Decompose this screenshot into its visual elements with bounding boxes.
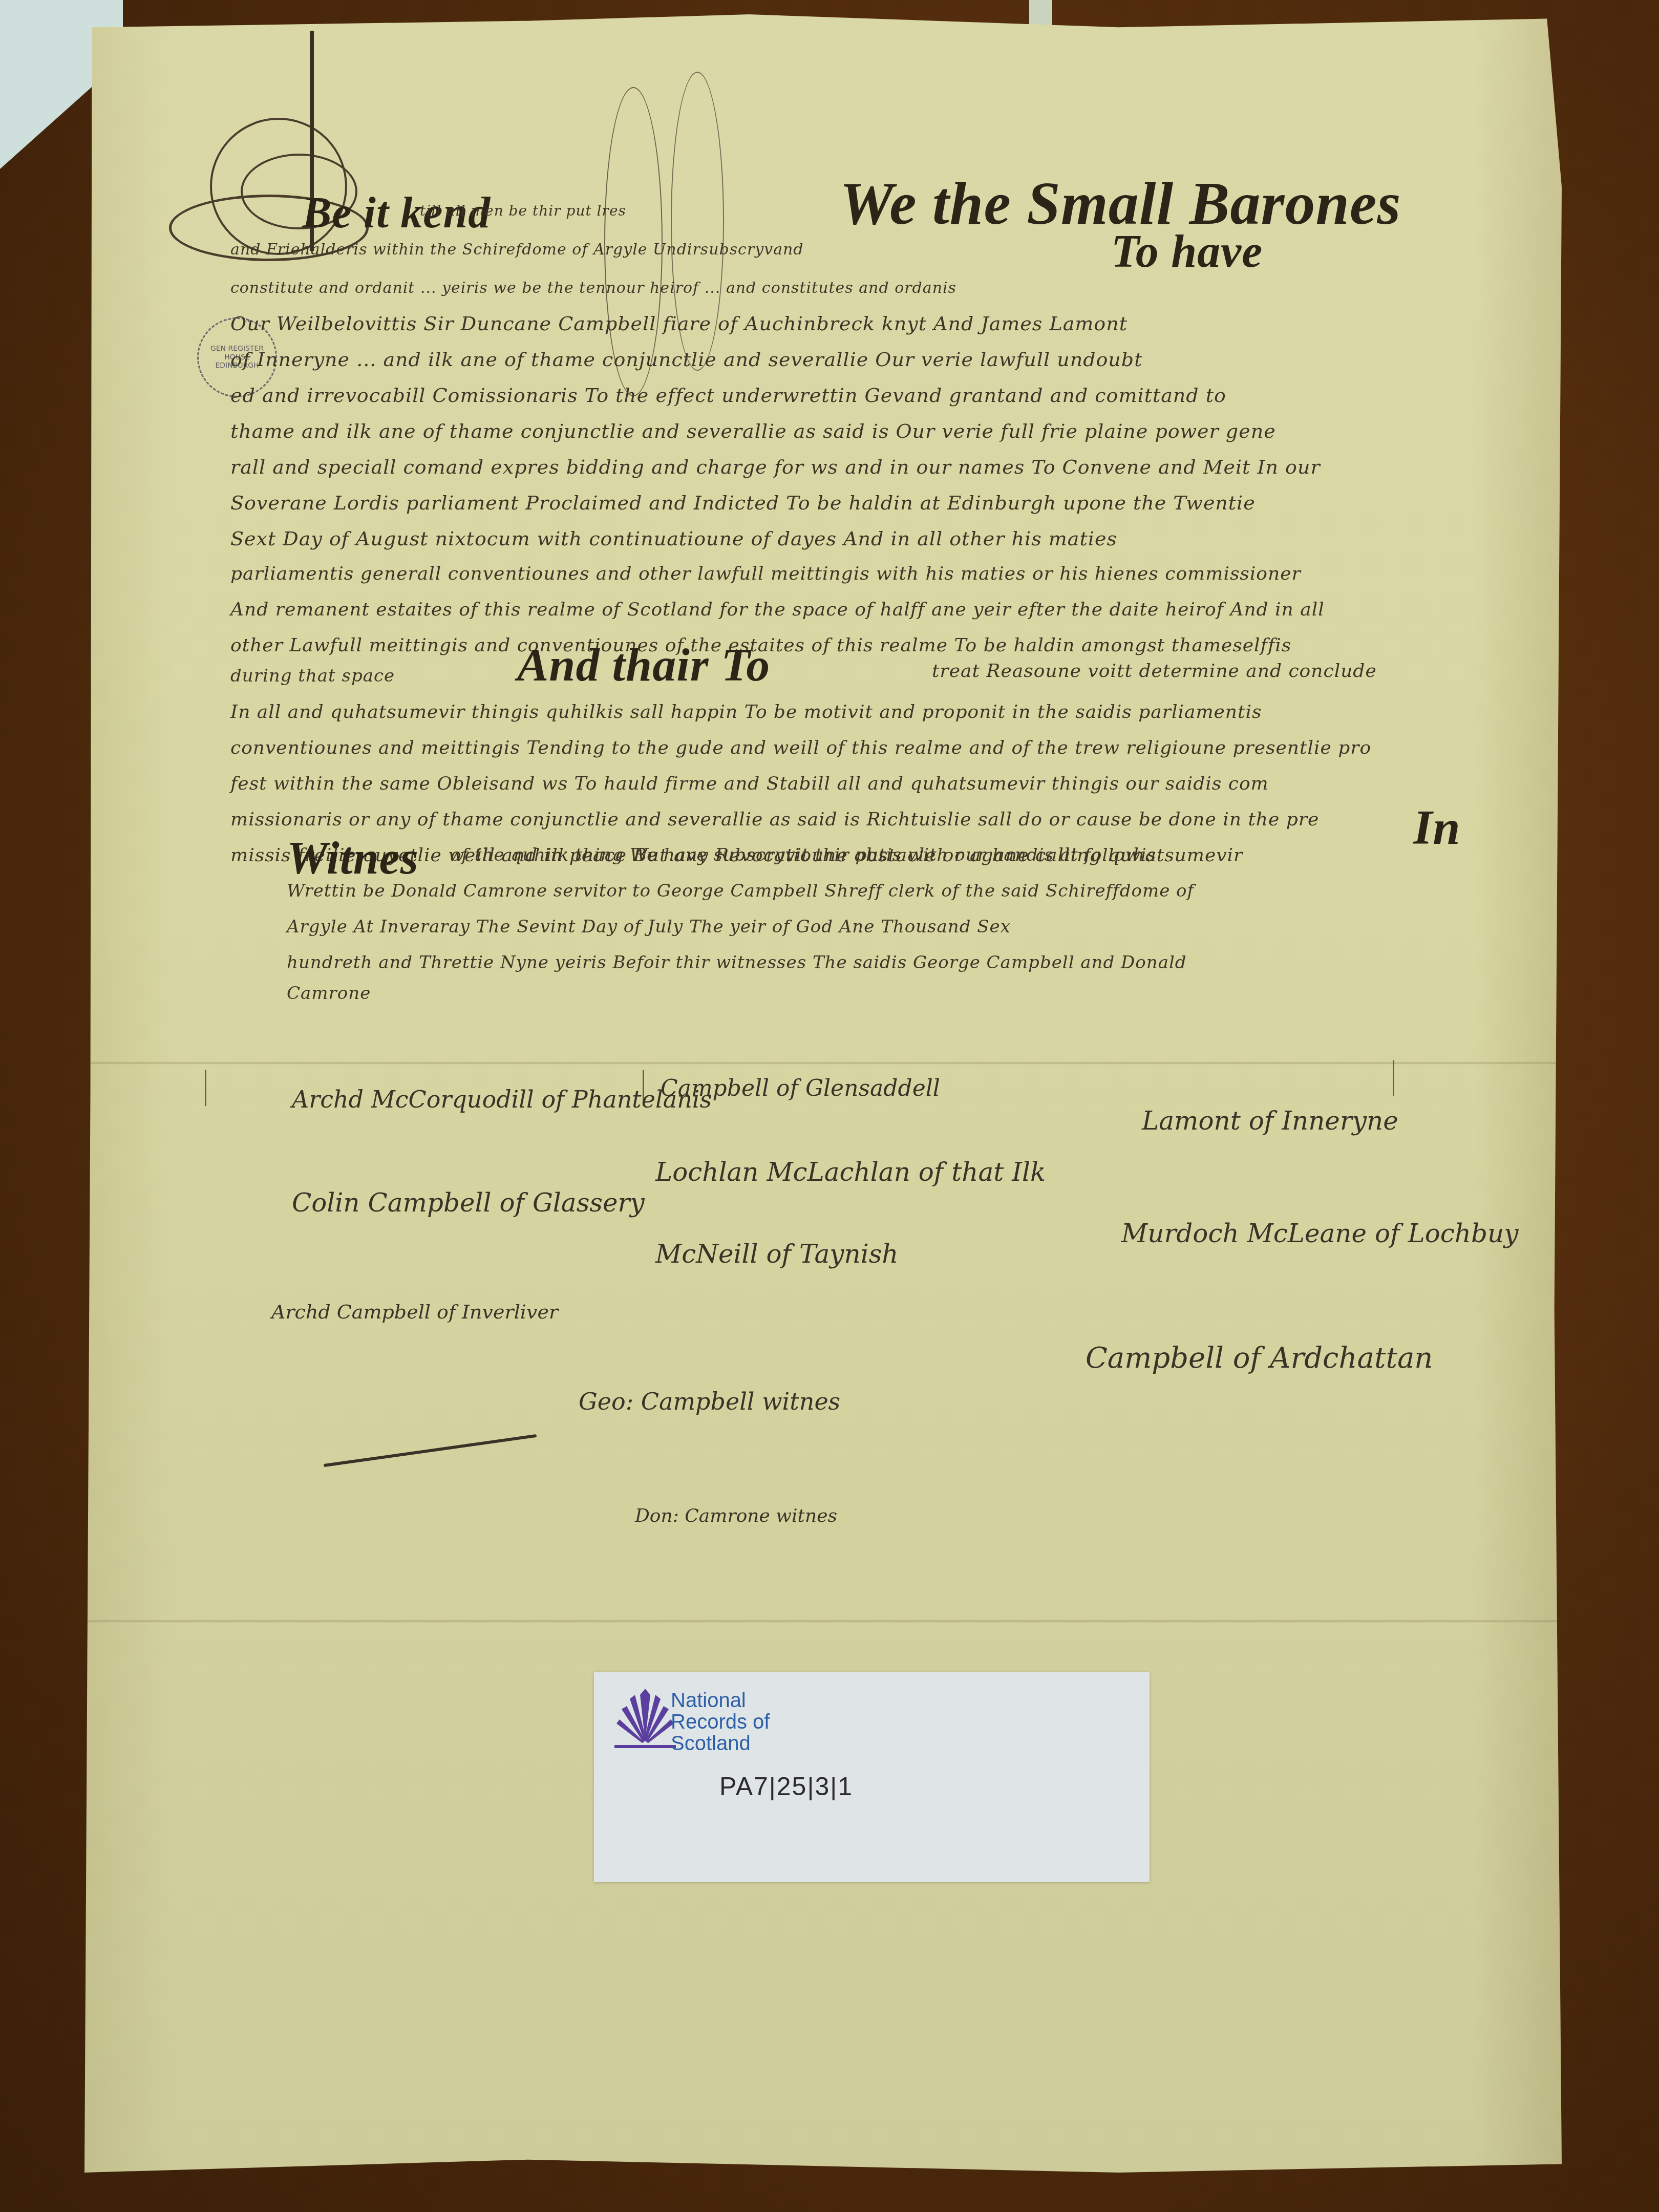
text-line: of the quhilk thing We have subscryvit t… [451, 845, 1156, 865]
archive-label: National Records of Scotland PA7|25|3|1 [594, 1672, 1150, 1882]
signature: Campbell of Ardchattan [1086, 1342, 1433, 1375]
text-line: treat Reasoune voitt determine and concl… [932, 661, 1377, 682]
signature-witness: Don: Camrone witnes [635, 1505, 837, 1526]
text-line: conventiounes and meittingis Tending to … [230, 737, 1371, 758]
nrs-name: National Records of Scotland [671, 1690, 770, 1754]
text-line: Argyle At Inveraray The Sevint Day of Ju… [287, 917, 1011, 937]
display-word-witnes: Witnes [287, 832, 419, 885]
text-line: In all and quhatsumevir thingis quhilkis… [230, 701, 1262, 722]
text-line: Our Weilbelovittis Sir Duncane Campbell … [230, 312, 1128, 335]
signature: Colin Campbell of Glassery [292, 1188, 645, 1218]
text-line: constitute and ordanit ... yeiris we be … [230, 279, 956, 297]
text-line: ed and irrevocabill Comissionaris To the… [230, 384, 1226, 407]
seal-tag-slit [1393, 1060, 1394, 1096]
text-line: hundreth and Threttie Nyne yeiris Befoir… [287, 952, 1187, 973]
fold-line [84, 1061, 1562, 1065]
signature: Archd McCorquodill of Phantelanis [292, 1086, 712, 1113]
display-word-in: In [1413, 799, 1461, 856]
text-line: missionaris or any of thame conjunctlie … [230, 809, 1319, 830]
signature: McNeill of Taynish [655, 1239, 899, 1269]
signature-witness: Geo: Campbell witnes [579, 1388, 840, 1415]
text-line: Camrone [287, 983, 371, 1004]
text-line: Wrettin be Donald Camrone servitor to Ge… [287, 881, 1194, 901]
signature: Lamont of Inneryne [1142, 1106, 1398, 1136]
nrs-logo-icon [614, 1685, 676, 1751]
fold-line [84, 1620, 1562, 1623]
nrs-name-line: Records of [671, 1711, 770, 1733]
archive-reference: PA7|25|3|1 [719, 1772, 853, 1801]
text-line: Sext Day of August nixtocum with continu… [230, 527, 1117, 550]
display-word-and-thair-to: And thair To [517, 637, 770, 692]
signature: Lochlan McLachlan of that Ilk [655, 1157, 1046, 1187]
text-line: thame and ilk ane of thame conjunctlie a… [230, 420, 1276, 442]
text-line: rall and speciall comand expres bidding … [230, 456, 1321, 478]
text-line: fest within the same Obleisand ws To hau… [230, 773, 1269, 794]
text-line: parliamentis generall conventiounes and … [230, 563, 1301, 584]
signature: Murdoch McLeane of Lochbuy [1121, 1219, 1518, 1248]
display-word-to-have: To have [1111, 225, 1263, 278]
text-line: And remanent estaites of this realme of … [230, 599, 1325, 620]
signature: Archd Campbell of Inverliver [271, 1301, 558, 1323]
seal-tag-slit [205, 1070, 206, 1106]
text-line: of Inneryne ... and ilk ane of thame con… [230, 348, 1142, 371]
text-line: during that space [230, 666, 395, 686]
opening-words-small: till all men be thir put lres [420, 202, 626, 219]
text-line: Soverane Lordis parliament Proclaimed an… [230, 492, 1256, 514]
signature: Campbell of Glensaddell [661, 1075, 940, 1101]
nrs-name-line: Scotland [671, 1733, 770, 1754]
text-line: and Friehalderis within the Schirefdome … [230, 241, 804, 259]
nrs-name-line: National [671, 1690, 770, 1711]
